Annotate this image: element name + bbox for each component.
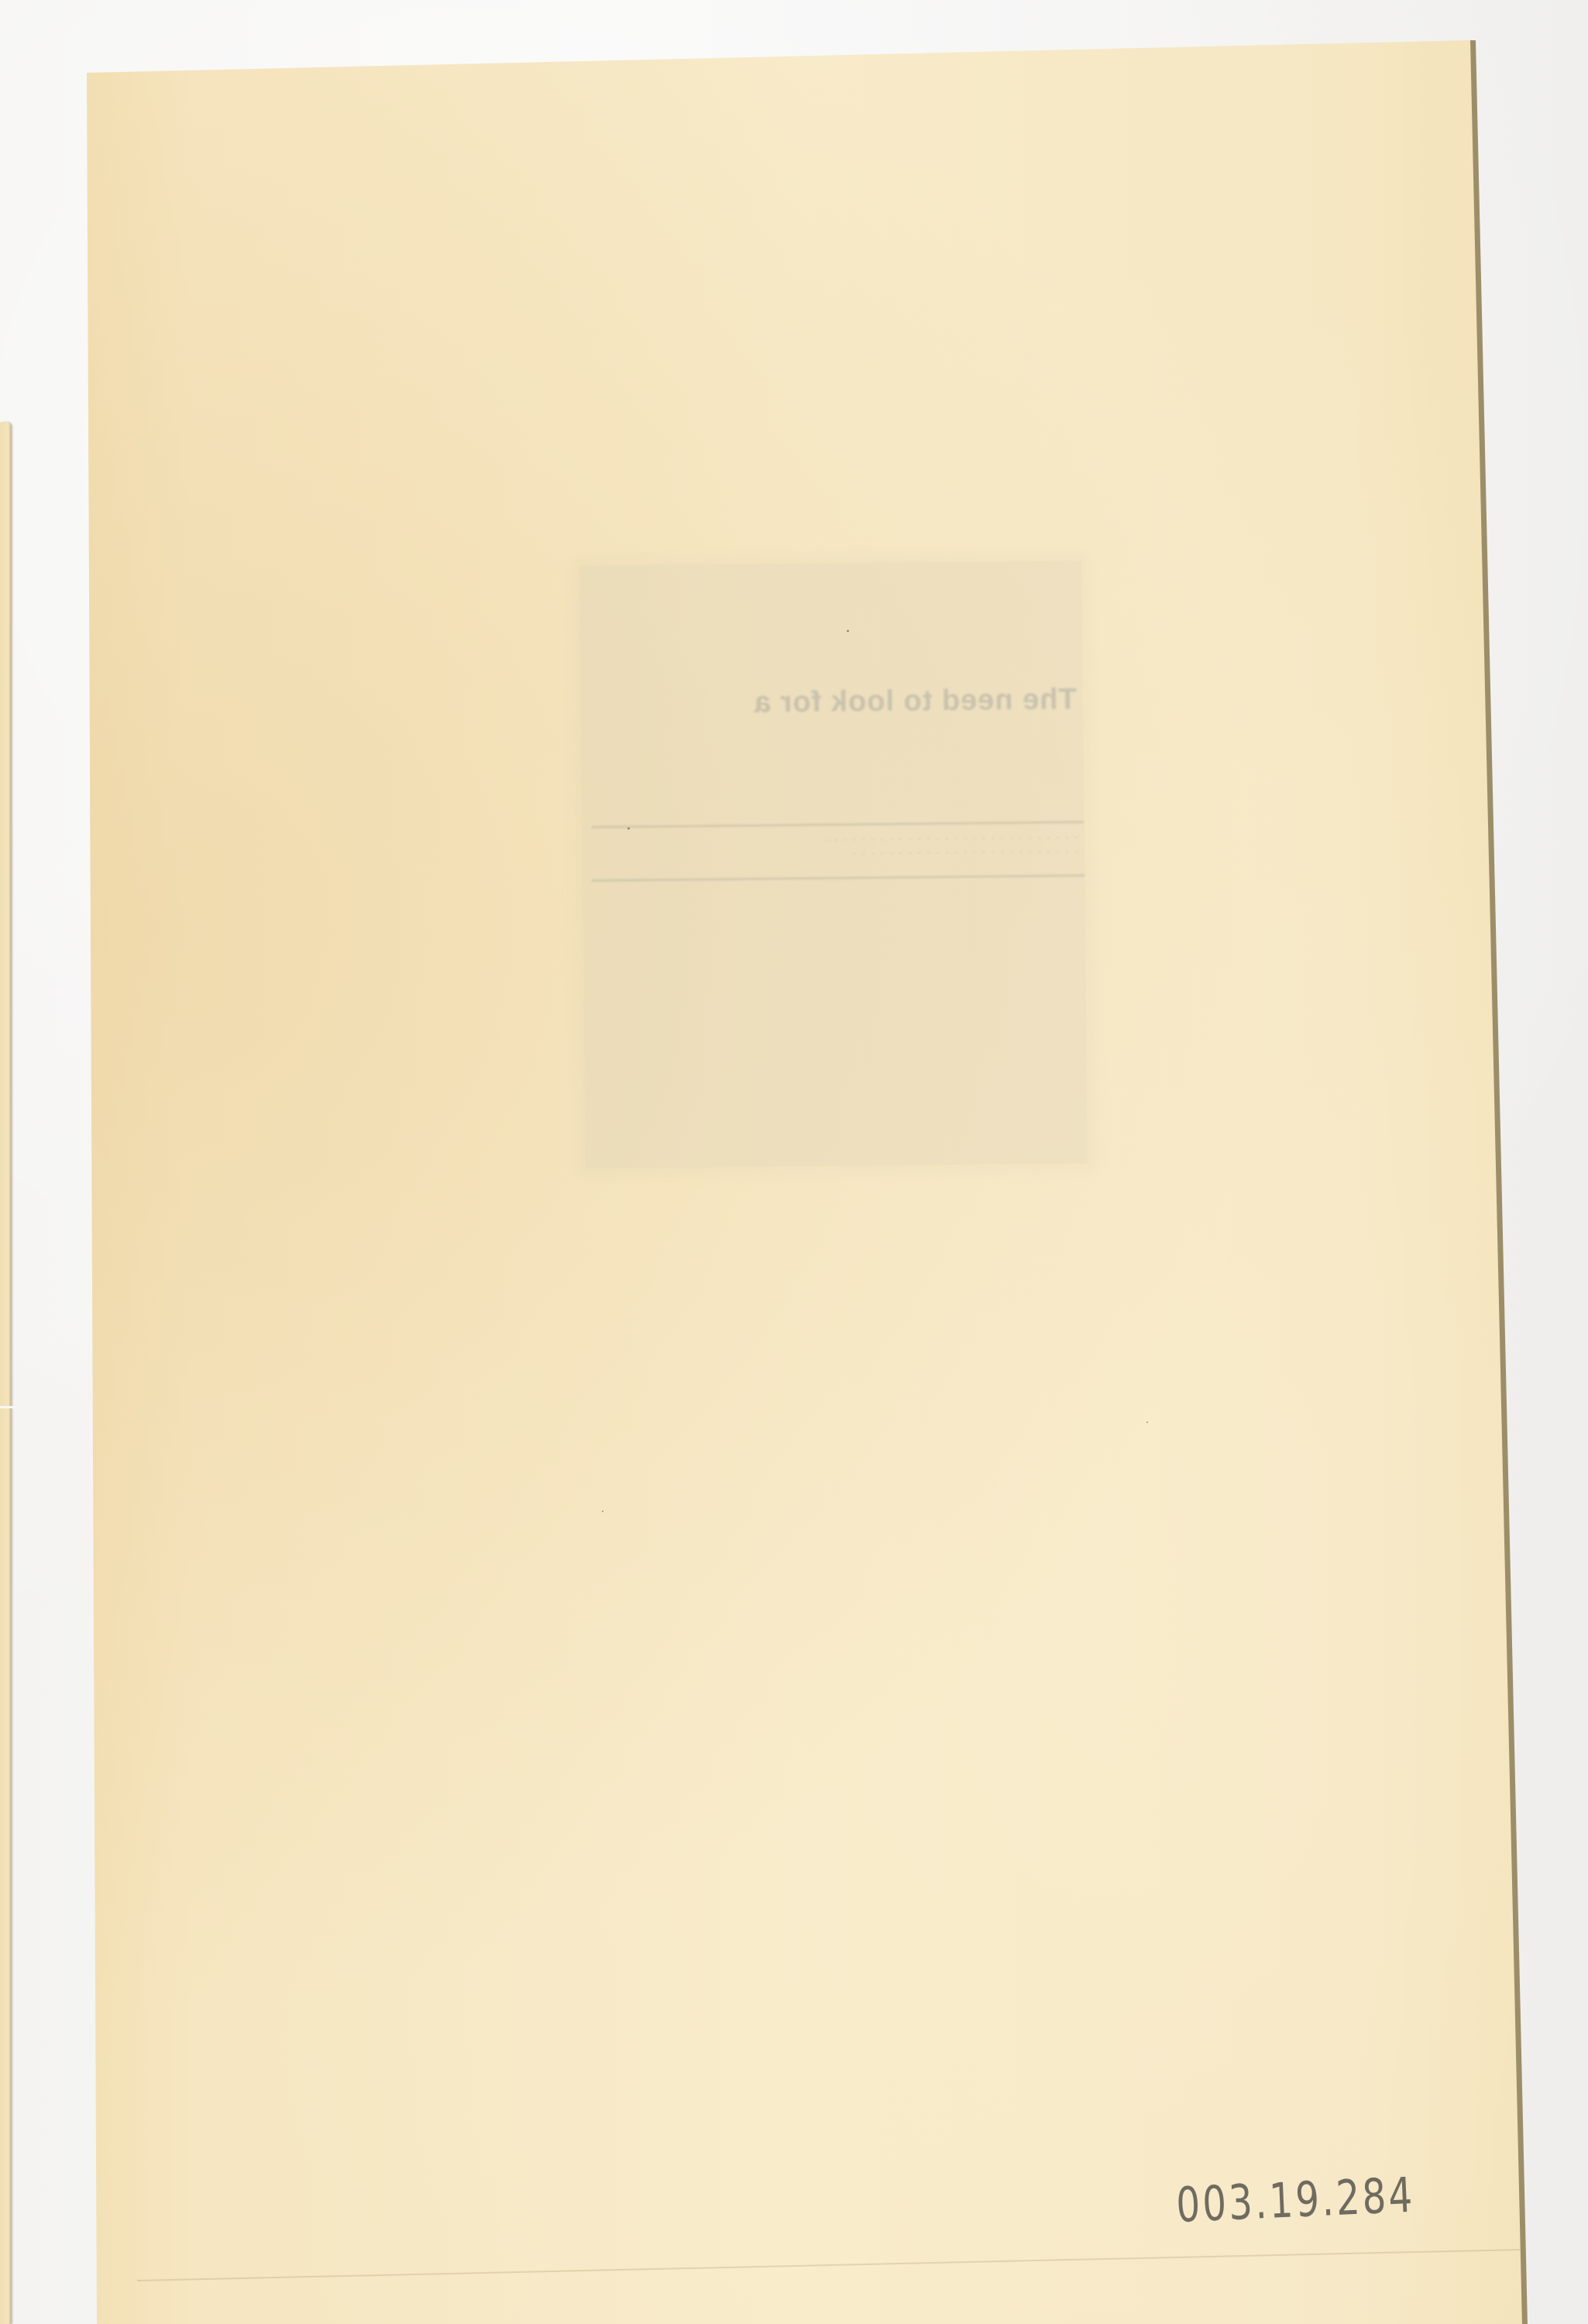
paper-speck — [627, 827, 630, 830]
show-through-rule-bottom — [592, 875, 1084, 882]
show-through-fineprint: · · · · · · · · · · · · · · · · · · · · … — [598, 830, 1078, 863]
paper-speck — [602, 1511, 603, 1512]
show-through-headline: The need to look for a — [754, 683, 1077, 720]
show-through-print-block: The need to look for a · · · · · · · · ·… — [579, 561, 1088, 1169]
paper-speck — [847, 630, 849, 632]
paper-speck — [1146, 1422, 1148, 1423]
adjacent-sheet-edge — [0, 422, 11, 2324]
adjacent-sheet-notch — [0, 1406, 17, 1408]
show-through-rule-top — [591, 821, 1084, 829]
handwritten-catalog-number: 003.19.284 — [1175, 2167, 1416, 2233]
